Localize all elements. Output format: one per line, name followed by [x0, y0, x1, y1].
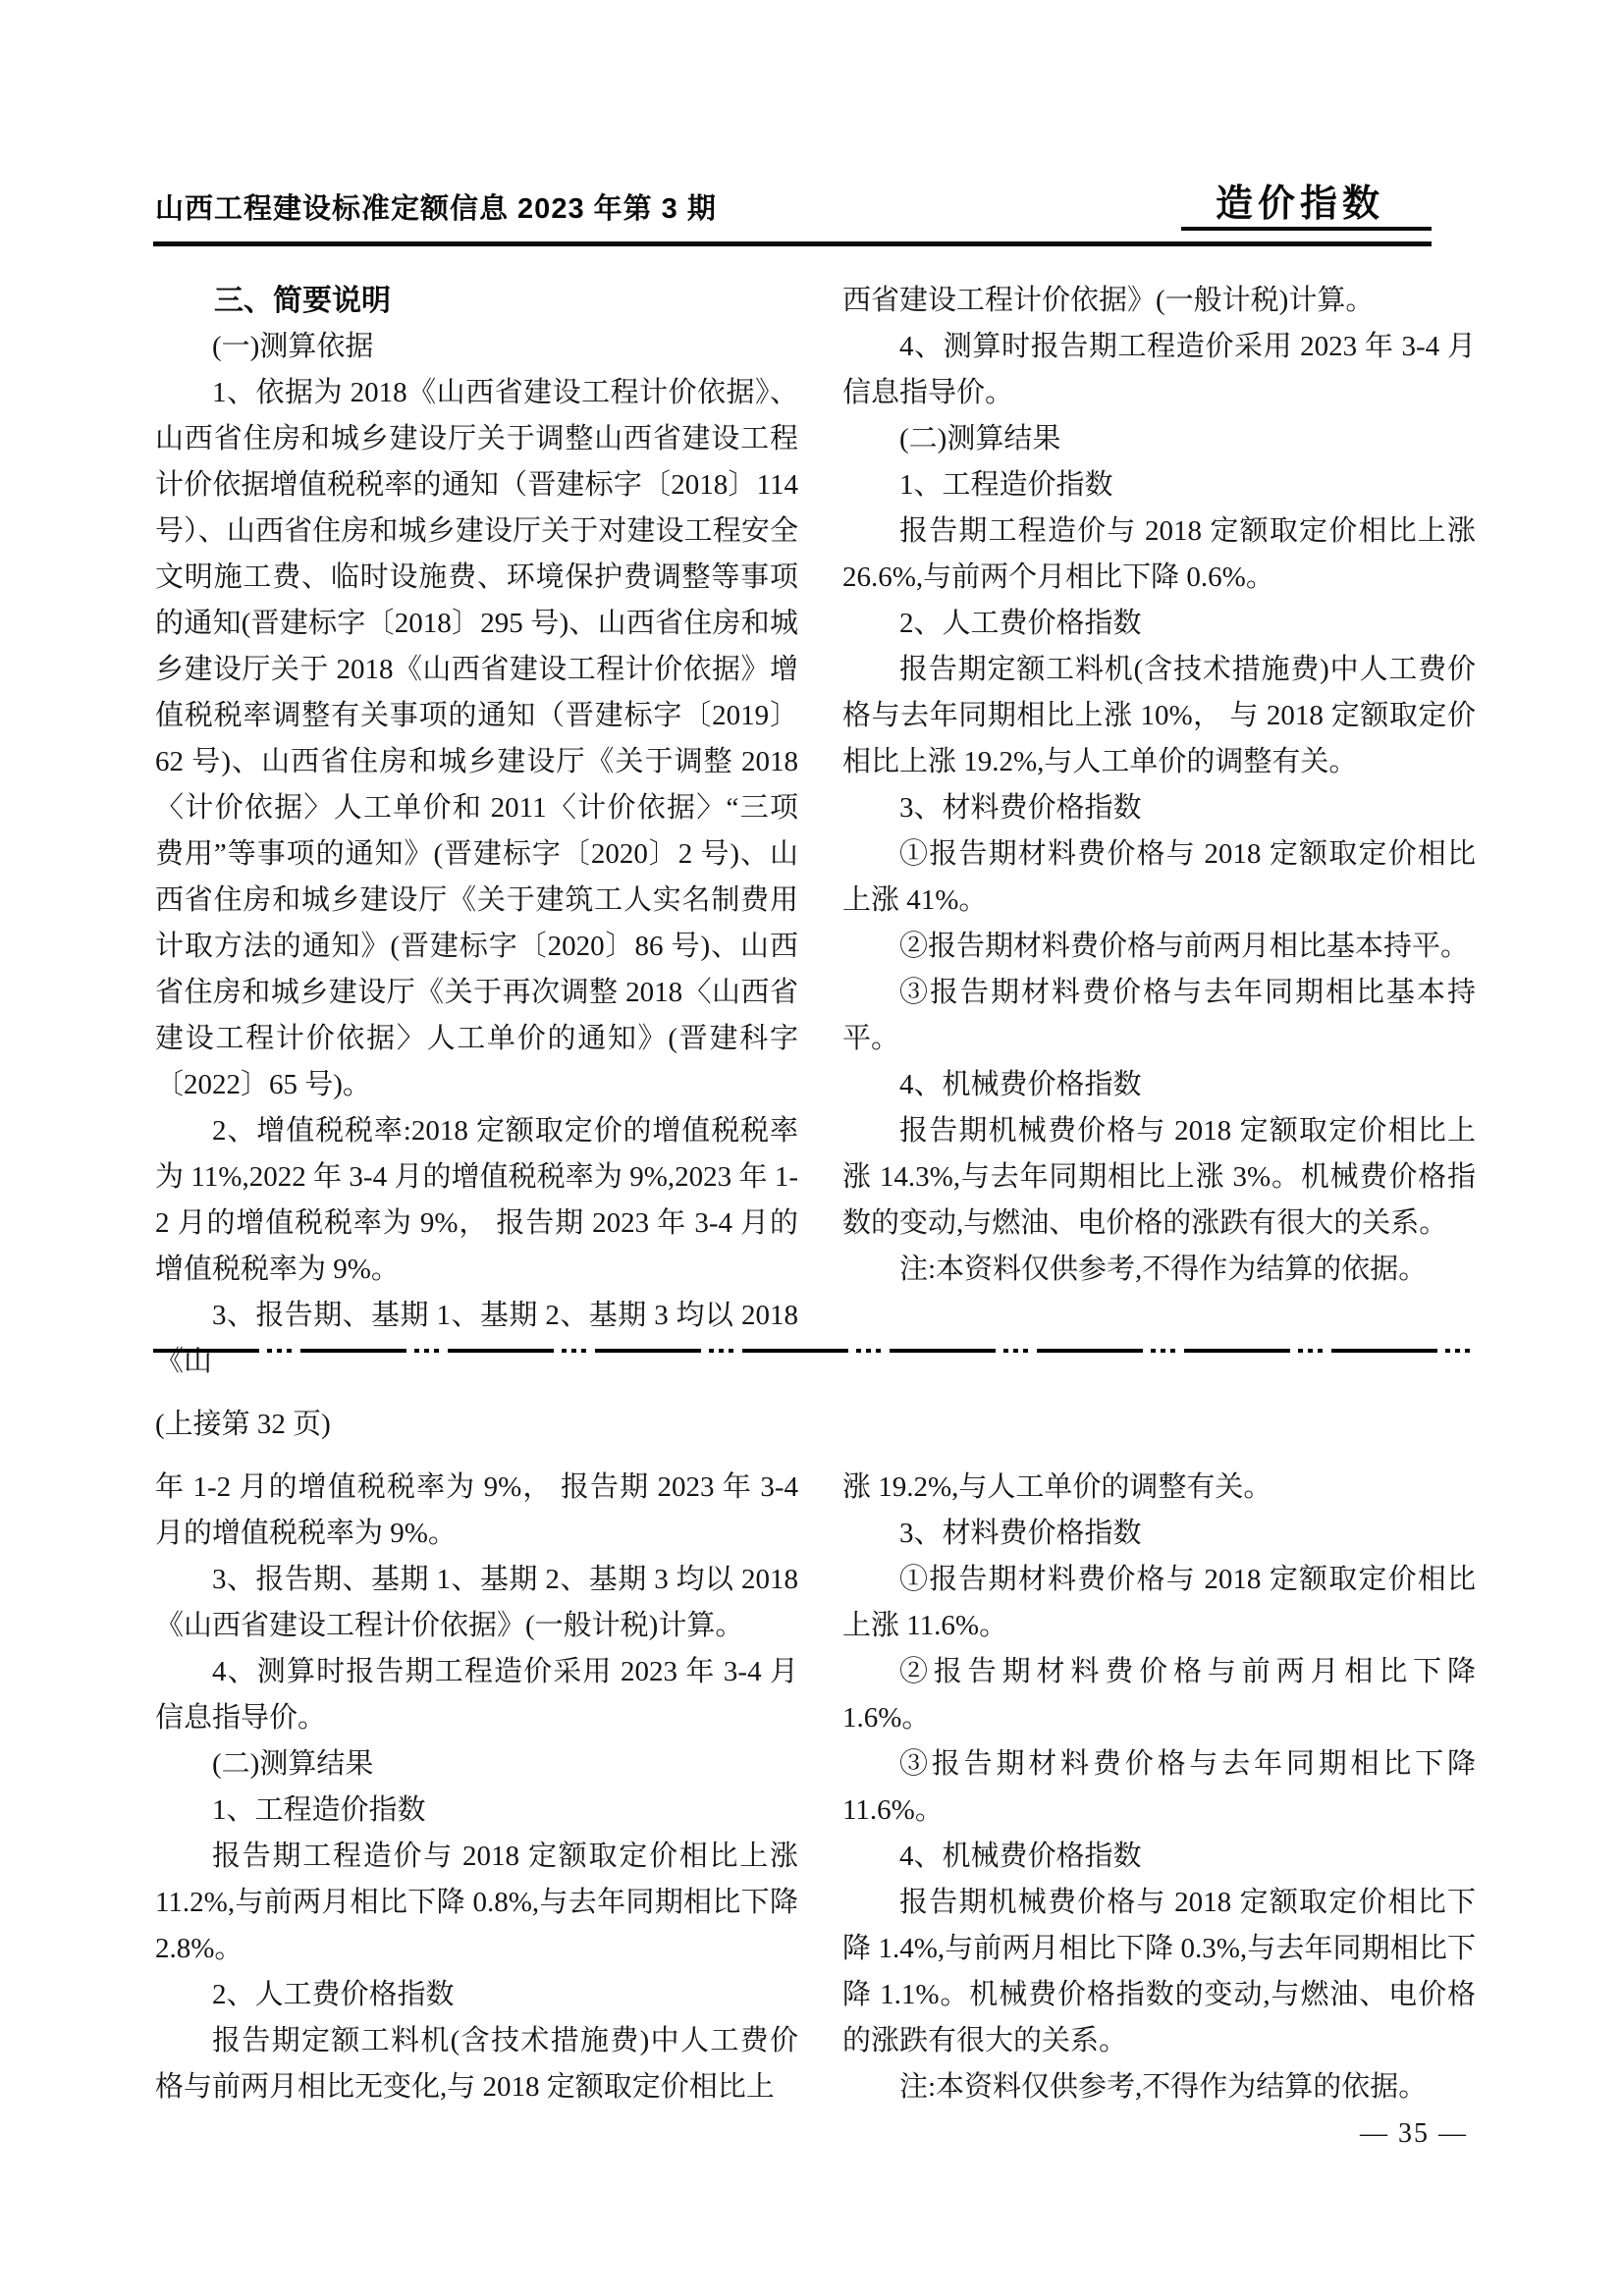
article-top-section: 三、简要说明(一)测算依据1、依据为 2018《山西省建设工程计价依据》、山西省… — [155, 278, 1476, 1385]
paragraph: 2、增值税税率:2018 定额取定价的增值税税率为 11%,2022 年 3-4… — [155, 1108, 798, 1293]
paragraph: 3、材料费价格指数 — [842, 1511, 1476, 1557]
paragraph: (二)测算结果 — [842, 416, 1476, 462]
paragraph: 3、报告期、基期 1、基期 2、基期 3 均以 2018《山 — [155, 1293, 798, 1385]
paragraph: ①报告期材料费价格与 2018 定额取定价相比上涨 11.6%。 — [842, 1557, 1476, 1649]
paragraph: 报告期工程造价与 2018 定额取定价相比上涨 11.2%,与前两月相比下降 0… — [155, 1834, 798, 1972]
paragraph: 4、机械费价格指数 — [842, 1062, 1476, 1108]
section-divider — [153, 1349, 1474, 1353]
paragraph: 4、测算时报告期工程造价采用 2023 年 3-4 月信息指导价。 — [155, 1649, 798, 1741]
paragraph: 3、材料费价格指数 — [842, 785, 1476, 831]
paragraph: (一)测算依据 — [155, 324, 798, 370]
paragraph: 报告期定额工料机(含技术措施费)中人工费价格与去年同期相比上涨 10%， 与 2… — [842, 647, 1476, 785]
continuation-note: (上接第 32 页) — [155, 1402, 331, 1442]
paragraph: 报告期工程造价与 2018 定额取定价相比上涨 26.6%,与前两个月相比下降 … — [842, 508, 1476, 601]
bottom-right-column: 涨 19.2%,与人工单价的调整有关。3、材料费价格指数①报告期材料费价格与 2… — [842, 1465, 1476, 2110]
paragraph: 1、工程造价指数 — [155, 1788, 798, 1834]
paragraph: 注:本资料仅供参考,不得作为结算的依据。 — [842, 1247, 1476, 1293]
paragraph: 报告期机械费价格与 2018 定额取定价相比上涨 14.3%,与去年同期相比上涨… — [842, 1108, 1476, 1247]
bottom-left-column: 年 1-2 月的增值税税率为 9%， 报告期 2023 年 3-4 月的增值税税… — [155, 1465, 798, 2110]
paragraph: 西省建设工程计价依据》(一般计税)计算。 — [842, 278, 1476, 324]
top-left-column: 三、简要说明(一)测算依据1、依据为 2018《山西省建设工程计价依据》、山西省… — [155, 278, 798, 1385]
page-number: — 35 — — [1345, 2118, 1483, 2150]
paragraph: 1、依据为 2018《山西省建设工程计价依据》、山西省住房和城乡建设厅关于调整山… — [155, 370, 798, 1108]
paragraph: (二)测算结果 — [155, 1741, 798, 1788]
section-title-underline — [1181, 227, 1432, 231]
article-bottom-section: 年 1-2 月的增值税税率为 9%， 报告期 2023 年 3-4 月的增值税税… — [155, 1465, 1476, 2110]
paragraph: ①报告期材料费价格与 2018 定额取定价相比上涨 41%。 — [842, 831, 1476, 924]
paragraph: ②报告期材料费价格与前两月相比下降 1.6%。 — [842, 1649, 1476, 1741]
header-rule — [153, 241, 1432, 246]
paragraph: ②报告期材料费价格与前两月相比基本持平。 — [842, 924, 1476, 970]
paragraph: 2、人工费价格指数 — [842, 601, 1476, 647]
paragraph: 报告期定额工料机(含技术措施费)中人工费价格与前两月相比无变化,与 2018 定… — [155, 2018, 798, 2110]
paragraph: 4、机械费价格指数 — [842, 1834, 1476, 1880]
paragraph: 2、人工费价格指数 — [155, 1972, 798, 2018]
paragraph: 三、简要说明 — [155, 278, 798, 324]
document-page: 山西工程建设标准定额信息 2023 年第 3 期 造价指数 三、简要说明(一)测… — [0, 0, 1623, 2296]
journal-title: 山西工程建设标准定额信息 2023 年第 3 期 — [155, 187, 717, 227]
paragraph: 4、测算时报告期工程造价采用 2023 年 3-4 月信息指导价。 — [842, 324, 1476, 416]
paragraph: 涨 19.2%,与人工单价的调整有关。 — [842, 1465, 1476, 1511]
top-right-column: 西省建设工程计价依据》(一般计税)计算。4、测算时报告期工程造价采用 2023 … — [842, 278, 1476, 1385]
paragraph: 3、报告期、基期 1、基期 2、基期 3 均以 2018《山西省建设工程计价依据… — [155, 1557, 798, 1649]
paragraph: ③报告期材料费价格与去年同期相比下降 11.6%。 — [842, 1741, 1476, 1834]
paragraph: 报告期机械费价格与 2018 定额取定价相比下降 1.4%,与前两月相比下降 0… — [842, 1880, 1476, 2064]
section-title: 造价指数 — [1216, 173, 1384, 227]
paragraph: ③报告期材料费价格与去年同期相比基本持平。 — [842, 970, 1476, 1062]
paragraph: 1、工程造价指数 — [842, 462, 1476, 508]
paragraph: 年 1-2 月的增值税税率为 9%， 报告期 2023 年 3-4 月的增值税税… — [155, 1465, 798, 1557]
paragraph: 注:本资料仅供参考,不得作为结算的依据。 — [842, 2064, 1476, 2110]
